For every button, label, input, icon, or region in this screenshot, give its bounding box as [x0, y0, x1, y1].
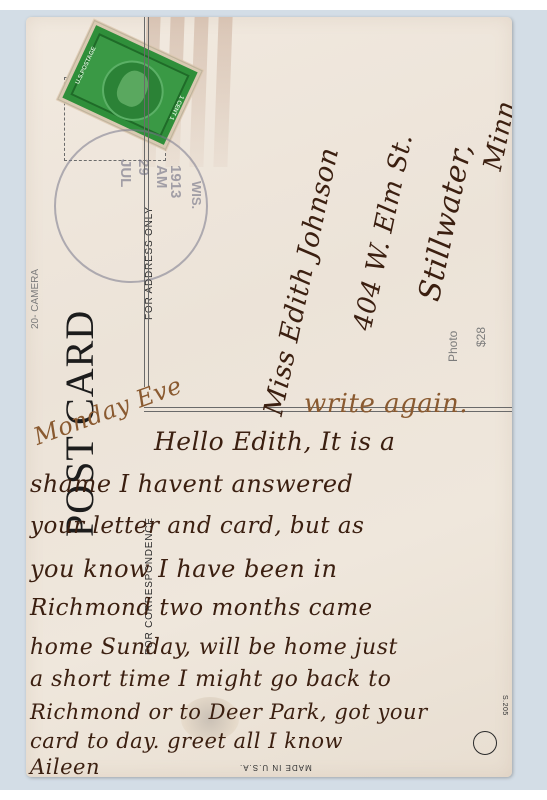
pencil-note-price: $28: [474, 327, 488, 347]
write-again-note: write again.: [304, 389, 468, 419]
postcard: U.S.POSTAGE 1 CENT 1 JUL 29 AM 1913 WIS.…: [26, 17, 512, 777]
message-line: card to day. greet all I know: [30, 729, 343, 753]
address-line-2: 404 W. Elm St.: [348, 131, 419, 333]
message-line: Richmond or to Deer Park, got your: [30, 700, 428, 724]
cancellation-bar: [189, 17, 208, 167]
message-line: a short time I might go back to: [30, 667, 391, 692]
message-signature: Aileen: [30, 755, 100, 777]
divider-vertical: [144, 17, 149, 387]
message-line: Hello Edith, It is a: [154, 427, 395, 456]
message-line: Richmond two months came: [30, 595, 373, 621]
message-line: home Sunday, will be home just: [30, 635, 398, 660]
stamp-text-left: U.S.POSTAGE: [75, 46, 98, 85]
address-line-4: Minn.: [478, 90, 512, 174]
postmark-month: JUL: [117, 159, 134, 187]
postmark-location: WIS.: [189, 181, 204, 209]
background-bottom: [0, 790, 547, 800]
address-line-1: Miss Edith Johnson: [258, 145, 345, 419]
postmark-year: 1913: [167, 165, 184, 198]
address-line-3: Stillwater,: [412, 140, 480, 305]
pencil-note-left: 20- CAMERA: [30, 269, 41, 329]
made-in-label: MADE IN U.S.A.: [239, 763, 312, 772]
background-top: [0, 0, 547, 10]
card-code: S.205: [501, 695, 508, 716]
message-line: shame I havent answered: [30, 470, 353, 498]
pencil-note-photo: Photo: [446, 331, 460, 362]
postmark: JUL 29 AM 1913 WIS.: [54, 129, 208, 283]
stamp-text-right: 1 CENT 1: [167, 94, 184, 120]
publisher-logo-icon: [473, 731, 497, 755]
message-line: you know I have been in: [30, 555, 337, 583]
message-line: your letter and card, but as: [30, 513, 364, 539]
cancellation-bar: [213, 17, 232, 167]
portrait-oval: [92, 50, 174, 131]
